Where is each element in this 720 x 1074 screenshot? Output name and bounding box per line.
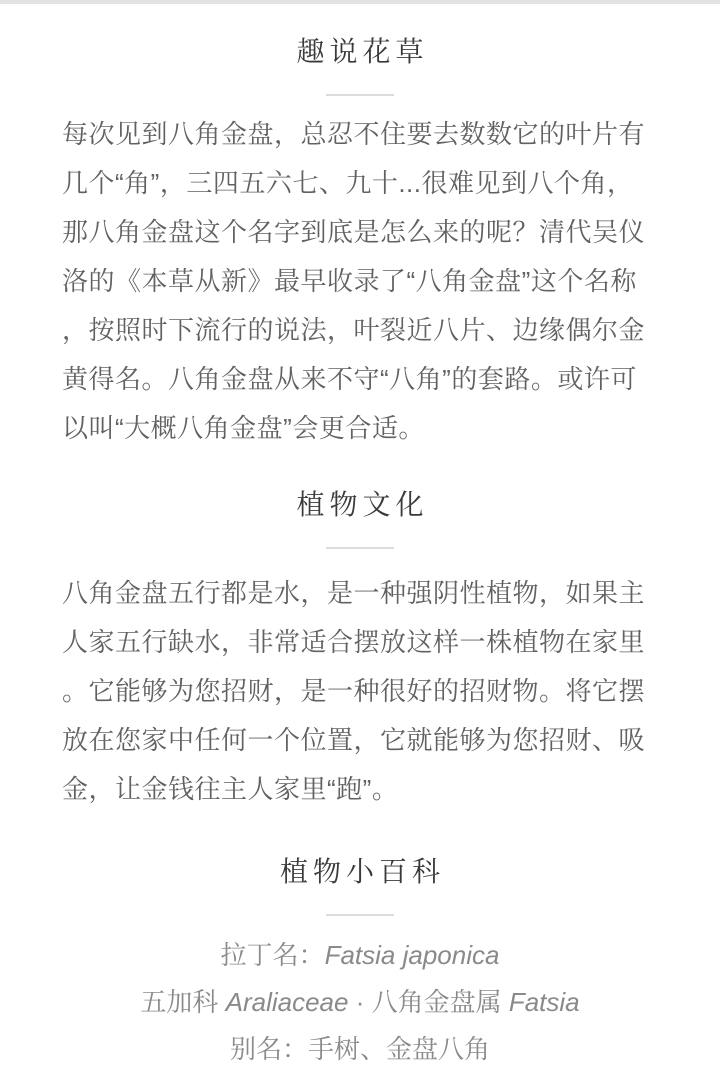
paragraph-line: 人家五行缺水，非常适合摆放这样一株植物在家里 bbox=[62, 618, 658, 667]
genus-latin: Fatsia bbox=[509, 987, 580, 1017]
taxonomy-separator: · bbox=[348, 987, 371, 1017]
paragraph-line: 以叫“大概八角金盘”会更合适。 bbox=[62, 404, 658, 453]
paragraph-line: 黄得名。八角金盘从来不守“八角”的套路。或许可 bbox=[62, 355, 658, 404]
heading-divider bbox=[326, 914, 394, 916]
top-divider-bar bbox=[0, 0, 720, 4]
family-latin: Araliaceae bbox=[226, 987, 349, 1017]
section-culture: 植物文化 八角金盘五行都是水，是一种强阴性植物，如果主 人家五行缺水，非常适合摆… bbox=[0, 489, 720, 814]
taxonomy-line: 五加科 Araliaceae · 八角金盘属 Fatsia bbox=[0, 979, 720, 1026]
paragraph-line: ，按照时下流行的说法，叶裂近八片、边缘偶尔金 bbox=[62, 306, 658, 355]
section-heading-culture: 植物文化 bbox=[0, 489, 720, 523]
section-encyclopedia: 植物小百科 拉丁名：Fatsia japonica 五加科 Araliaceae… bbox=[0, 856, 720, 1073]
section-fun-facts: 趣说花草 每次见到八角金盘，总忍不住要去数数它的叶片有 几个“角”，三四五六七、… bbox=[0, 36, 720, 453]
alias-value: 手树、金盘八角 bbox=[308, 1034, 490, 1064]
encyclopedia-info: 拉丁名：Fatsia japonica 五加科 Araliaceae · 八角金… bbox=[0, 932, 720, 1073]
paragraph-line: 洛的《本草从新》最早收录了“八角金盘”这个名称 bbox=[62, 257, 658, 306]
paragraph-line: 。它能够为您招财，是一种很好的招财物。将它摆 bbox=[62, 667, 658, 716]
paragraph-line: 放在您家中任何一个位置，它就能够为您招财、吸 bbox=[62, 716, 658, 765]
alias-line: 别名：手树、金盘八角 bbox=[0, 1026, 720, 1073]
paragraph-line: 八角金盘五行都是水，是一种强阴性植物，如果主 bbox=[62, 569, 658, 618]
paragraph-culture: 八角金盘五行都是水，是一种强阴性植物，如果主 人家五行缺水，非常适合摆放这样一株… bbox=[0, 569, 720, 814]
paragraph-fun-facts: 每次见到八角金盘，总忍不住要去数数它的叶片有 几个“角”，三四五六七、九十...… bbox=[0, 110, 720, 453]
family-cn: 五加科 bbox=[140, 987, 225, 1017]
section-heading-encyclopedia: 植物小百科 bbox=[0, 856, 720, 890]
paragraph-line: 那八角金盘这个名字到底是怎么来的呢？清代吴仪 bbox=[62, 208, 658, 257]
latin-name-label: 拉丁名： bbox=[221, 940, 325, 970]
section-heading-fun-facts: 趣说花草 bbox=[0, 36, 720, 70]
heading-divider bbox=[326, 94, 394, 96]
paragraph-line: 几个“角”，三四五六七、九十...很难见到八个角， bbox=[62, 159, 658, 208]
latin-name-value: Fatsia japonica bbox=[325, 940, 500, 970]
alias-label: 别名： bbox=[230, 1034, 308, 1064]
heading-divider bbox=[326, 547, 394, 549]
paragraph-line: 金，让金钱往主人家里“跑”。 bbox=[62, 765, 658, 814]
page-root: 趣说花草 每次见到八角金盘，总忍不住要去数数它的叶片有 几个“角”，三四五六七、… bbox=[0, 0, 720, 1073]
genus-cn: 八角金盘属 bbox=[372, 987, 509, 1017]
latin-name-line: 拉丁名：Fatsia japonica bbox=[0, 932, 720, 979]
paragraph-line: 每次见到八角金盘，总忍不住要去数数它的叶片有 bbox=[62, 110, 658, 159]
